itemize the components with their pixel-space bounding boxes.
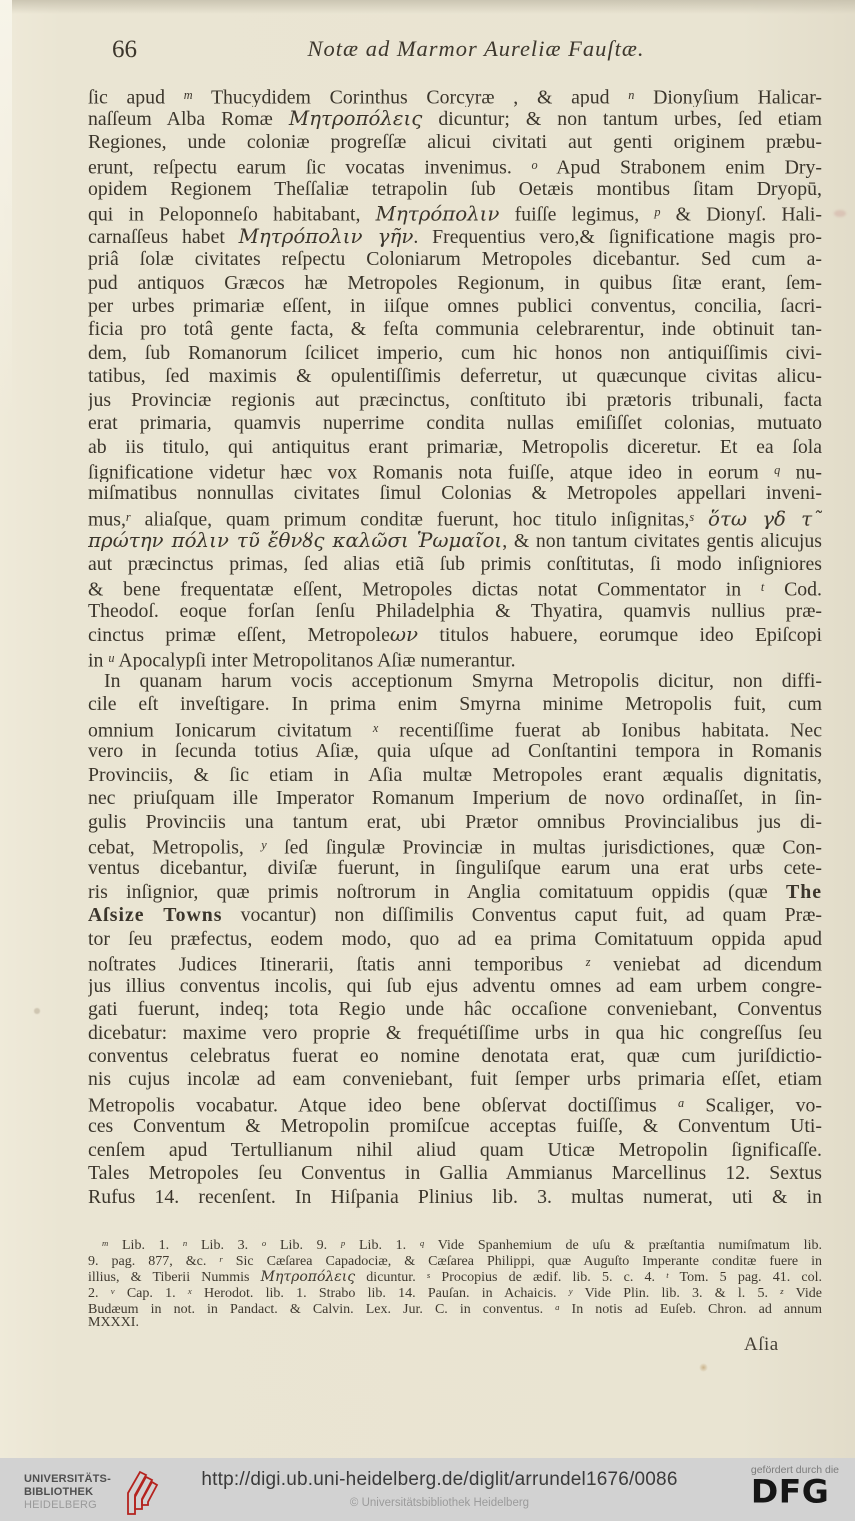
text-line: ſic apud m Thucydidem Corinthus Corcyræ … [88, 84, 822, 107]
scanned-book-page: 66 Notæ ad Marmor Aureliæ Fauſtæ. ſic ap… [0, 0, 855, 1458]
text-line: ſignificatione videtur hæc vox Romanis n… [88, 459, 822, 482]
text-line: erat primaria, quamvis nuperrime condita… [88, 412, 822, 435]
text-line: mus,r aliaſque, quam primum conditæ fuer… [88, 506, 822, 529]
text-line: per urbes primariæ eſſent, in iiſque omn… [88, 295, 822, 318]
text-line: gati fuerunt, indeq; tota Regio unde hâc… [88, 998, 822, 1021]
text-line: nis cujus incolæ ad eam conveniebant, fu… [88, 1068, 822, 1091]
text-line: priâ ſolæ civitates reſpectu Coloniarum … [88, 248, 822, 271]
text-line: ventus dicebantur, diviſæ fuerunt, in ſi… [88, 857, 822, 880]
text-line: cenſem apud Tertullianum nihil aliud qua… [88, 1139, 822, 1162]
paper-stain [699, 1363, 708, 1372]
text-line: πρώτην πόλιν τῦ ἔθνȣς καλῶσι Ῥωμαῖοι, & … [88, 529, 822, 552]
text-line: dem, ſub Romanorum ſcilicet imperio, cum… [88, 342, 822, 365]
text-line: qui in Peloponneſo habitabant, Μητρόπολι… [88, 201, 822, 224]
text-line: ab iis titulo, qui antiquitus erant prim… [88, 436, 822, 459]
text-line: & bene frequentatæ eſſent, Metropoles di… [88, 576, 822, 599]
text-line: carnaſſeus habet Μητρόπολιν γῆν. Frequen… [88, 225, 822, 248]
text-line: Tales Metropoles ſeu Conventus in Gallia… [88, 1162, 822, 1185]
text-line: dicebatur: maxime vero proprie & frequét… [88, 1022, 822, 1045]
text-line: opidem Regionem Theſſaliæ tetrapolin ſub… [88, 178, 822, 201]
catchword: Aſia [744, 1334, 779, 1356]
text-line: Aſsize Towns vocantur) non diſſimilis Co… [88, 904, 822, 927]
text-line: erunt, reſpectu earum ſic vocatas inveni… [88, 154, 822, 177]
viewer-footer-bar: UNIVERSITÄTS- BIBLIOTHEK HEIDELBERG http… [0, 1458, 855, 1521]
document-url[interactable]: http://digi.ub.uni-heidelberg.de/diglit/… [12, 1469, 855, 1491]
text-line: m Lib. 1. n Lib. 3. o Lib. 9. p Lib. 1. … [88, 1236, 822, 1252]
text-line: vero in ſecunda totius Aſiæ, quia uſque … [88, 740, 822, 763]
text-line: aut præcinctus primas, ſed alias etiã ſu… [88, 553, 822, 576]
text-line: 2. v Cap. 1. x Herodot. lib. 1. Strabo l… [88, 1284, 822, 1300]
text-line: omnium Ionicarum civitatum x recentiſſim… [88, 717, 822, 740]
page-body-text: ſic apud m Thucydidem Corinthus Corcyræ … [88, 84, 822, 1209]
text-line: gulis Provinciis una tantum erat, ubi Pr… [88, 811, 822, 834]
text-line: noſtrates Judices Itinerarii, ſtatis ann… [88, 951, 822, 974]
footer-center: http://digi.ub.uni-heidelberg.de/diglit/… [12, 1469, 855, 1509]
digitized-page-view: 66 Notæ ad Marmor Aureliæ Fauſtæ. ſic ap… [0, 0, 855, 1521]
text-line: Provinciis, & ſic etiam in Aſia multæ Me… [88, 764, 822, 787]
text-line: jus Provinciæ regionis aut præcinctus, c… [88, 389, 822, 412]
text-line: ces Conventum & Metropolin promiſcue acc… [88, 1115, 822, 1138]
text-line: cinctus primæ eſſent, Metropoleων titulo… [88, 623, 822, 646]
paper-stain [834, 210, 846, 217]
text-line: miſmatibus nonnullas civitates ſimul Col… [88, 482, 822, 505]
copyright-notice: © Universitätsbibliothek Heidelberg [12, 1497, 855, 1509]
text-line: illius, & Tiberii Nummis Μητροπόλεις dic… [88, 1268, 822, 1284]
text-line: pud antiquos Græcos hæ Metropoles Region… [88, 272, 822, 295]
text-line: tor ſeu præfectus, eodem modo, quo ad ea… [88, 928, 822, 951]
text-line: Budæum in not. in Pandact. & Calvin. Lex… [88, 1300, 822, 1316]
text-line: Theodoſ. eoque forſan ſenſu Philadelphia… [88, 600, 822, 623]
text-line: 9. pag. 877, &c. r Sic Cæſarea Capadociæ… [88, 1252, 822, 1268]
text-line: nec priuſquam ille Imperator Romanum Imp… [88, 787, 822, 810]
running-title: Notæ ad Marmor Aureliæ Fauſtæ. [88, 36, 822, 62]
text-line: In quanam harum vocis acceptionum Smyrna… [88, 670, 822, 693]
text-line: conventus celebratus fuerat eo nomine de… [88, 1045, 822, 1068]
footnotes: m Lib. 1. n Lib. 3. o Lib. 9. p Lib. 1. … [88, 1236, 822, 1331]
dfg-wordmark: DFG [751, 1478, 839, 1507]
text-line: naſſeum Alba Romæ Μητροπόλεις dicuntur; … [88, 107, 822, 130]
text-line: cile eſt inveſtigare. In prima enim Smyr… [88, 693, 822, 716]
text-line: Metropolis vocabatur. Atque ideo bene ob… [88, 1092, 822, 1115]
text-line: Regiones, unde coloniæ progreſſæ alicui … [88, 131, 822, 154]
text-line: MXXXI. [88, 1315, 822, 1331]
text-line: jus illius conventus incolis, qui ſub ej… [88, 975, 822, 998]
text-line: ficia pro totâ gente facta, & feſta comm… [88, 318, 822, 341]
text-line: Rufus 14. recenſent. In Hiſpania Plinius… [88, 1186, 822, 1209]
text-line: cebat, Metropolis, y ſed ſingulæ Provinc… [88, 834, 822, 857]
text-line: tatibus, ſed maximis & opulentiſſimis de… [88, 365, 822, 388]
dfg-logo: gefördert durch die DFG [751, 1464, 839, 1507]
text-line: in u Apocalypſi inter Metropolitanos Aſi… [88, 647, 822, 670]
paper-stain [34, 1008, 40, 1014]
text-line: ris inſignior, quæ primis noſtrorum in A… [88, 881, 822, 904]
